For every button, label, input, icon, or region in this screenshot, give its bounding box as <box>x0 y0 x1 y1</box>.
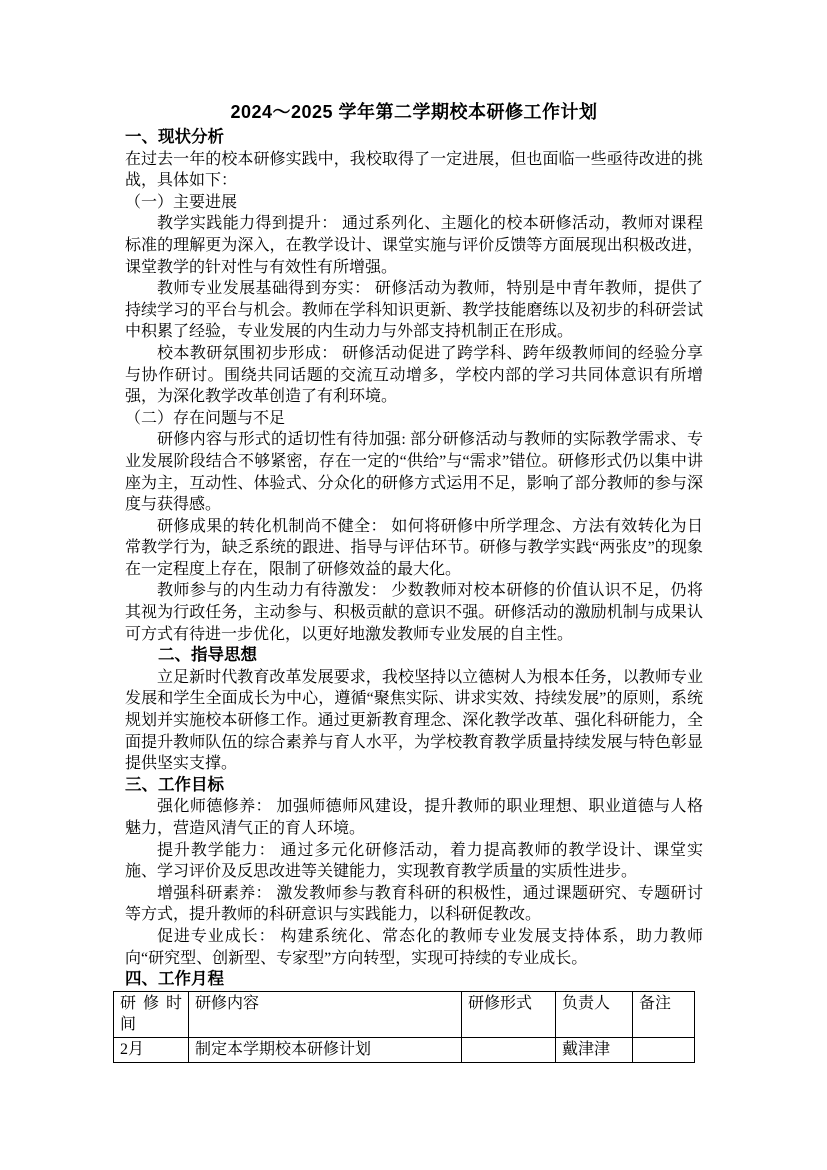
col-header-notes: 备注 <box>633 991 695 1037</box>
paragraph-progress-2: 教师专业发展基础得到夯实： 研修活动为教师，特别是中青年教师，提供了持续学习的平… <box>125 278 703 343</box>
section-heading-3: 三、工作目标 <box>125 775 703 797</box>
col-header-time: 研修时间 <box>114 991 189 1037</box>
section-heading-2: 二、指导思想 <box>125 645 703 667</box>
cell-time: 2月 <box>114 1037 189 1062</box>
table-row: 2月 制定本学期校本研修计划 戴津津 <box>114 1037 695 1062</box>
document-title: 2024～2025 学年第二学期校本研修工作计划 <box>125 97 703 127</box>
paragraph-progress-3: 校本教研氛围初步形成： 研修活动促进了跨学科、跨年级教师间的经验分享与协作研讨。… <box>125 343 703 408</box>
col-header-owner: 负责人 <box>556 991 633 1037</box>
paragraph-intro: 在过去一年的校本研修实践中，我校取得了一定进展，但也面临一些亟待改进的挑战，具体… <box>125 149 703 192</box>
section-heading-1: 一、现状分析 <box>125 127 703 149</box>
cell-format <box>462 1037 556 1062</box>
paragraph-progress-1: 教学实践能力得到提升： 通过系列化、主题化的校本研修活动，教师对课程标准的理解更… <box>125 213 703 278</box>
paragraph-guiding-ideology: 立足新时代教育改革发展要求，我校坚持以立德树人为根本任务，以教师专业发展和学生全… <box>125 667 703 775</box>
paragraph-goal-1: 强化师德修养： 加强师德师风建设，提升教师的职业理想、职业道德与人格魅力，营造风… <box>125 796 703 839</box>
paragraph-problem-1: 研修内容与形式的适切性有待加强: 部分研修活动与教师的实际教学需求、专业发展阶段… <box>125 429 703 515</box>
cell-owner: 戴津津 <box>556 1037 633 1062</box>
paragraph-goal-4: 促进专业成长： 构建系统化、常态化的教师专业发展支持体系，助力教师向“研究型、创… <box>125 926 703 969</box>
col-header-content: 研修内容 <box>189 991 462 1037</box>
subsection-heading-1-1: （一）主要进展 <box>125 192 703 214</box>
paragraph-problem-3: 教师参与的内生动力有待激发： 少数教师对校本研修的价值认识不足，仍将其视为行政任… <box>125 580 703 645</box>
work-schedule-table: 研修时间 研修内容 研修形式 负责人 备注 2月 制定本学期校本研修计划 戴津津 <box>113 991 695 1063</box>
cell-content: 制定本学期校本研修计划 <box>189 1037 462 1062</box>
section-heading-4: 四、工作月程 <box>125 969 703 991</box>
paragraph-problem-2: 研修成果的转化机制尚不健全： 如何将研修中所学理念、方法有效转化为日常教学行为，… <box>125 516 703 581</box>
table-header-row: 研修时间 研修内容 研修形式 负责人 备注 <box>114 991 695 1037</box>
col-header-format: 研修形式 <box>462 991 556 1037</box>
cell-notes <box>633 1037 695 1062</box>
document-page: 2024～2025 学年第二学期校本研修工作计划 一、现状分析 在过去一年的校本… <box>0 0 827 1170</box>
paragraph-goal-3: 增强科研素养： 激发教师参与教育科研的积极性，通过课题研究、专题研讨等方式，提升… <box>125 883 703 926</box>
subsection-heading-1-2: （二）存在问题与不足 <box>125 408 703 430</box>
paragraph-goal-2: 提升教学能力： 通过多元化研修活动，着力提高教师的教学设计、课堂实施、学习评价及… <box>125 840 703 883</box>
